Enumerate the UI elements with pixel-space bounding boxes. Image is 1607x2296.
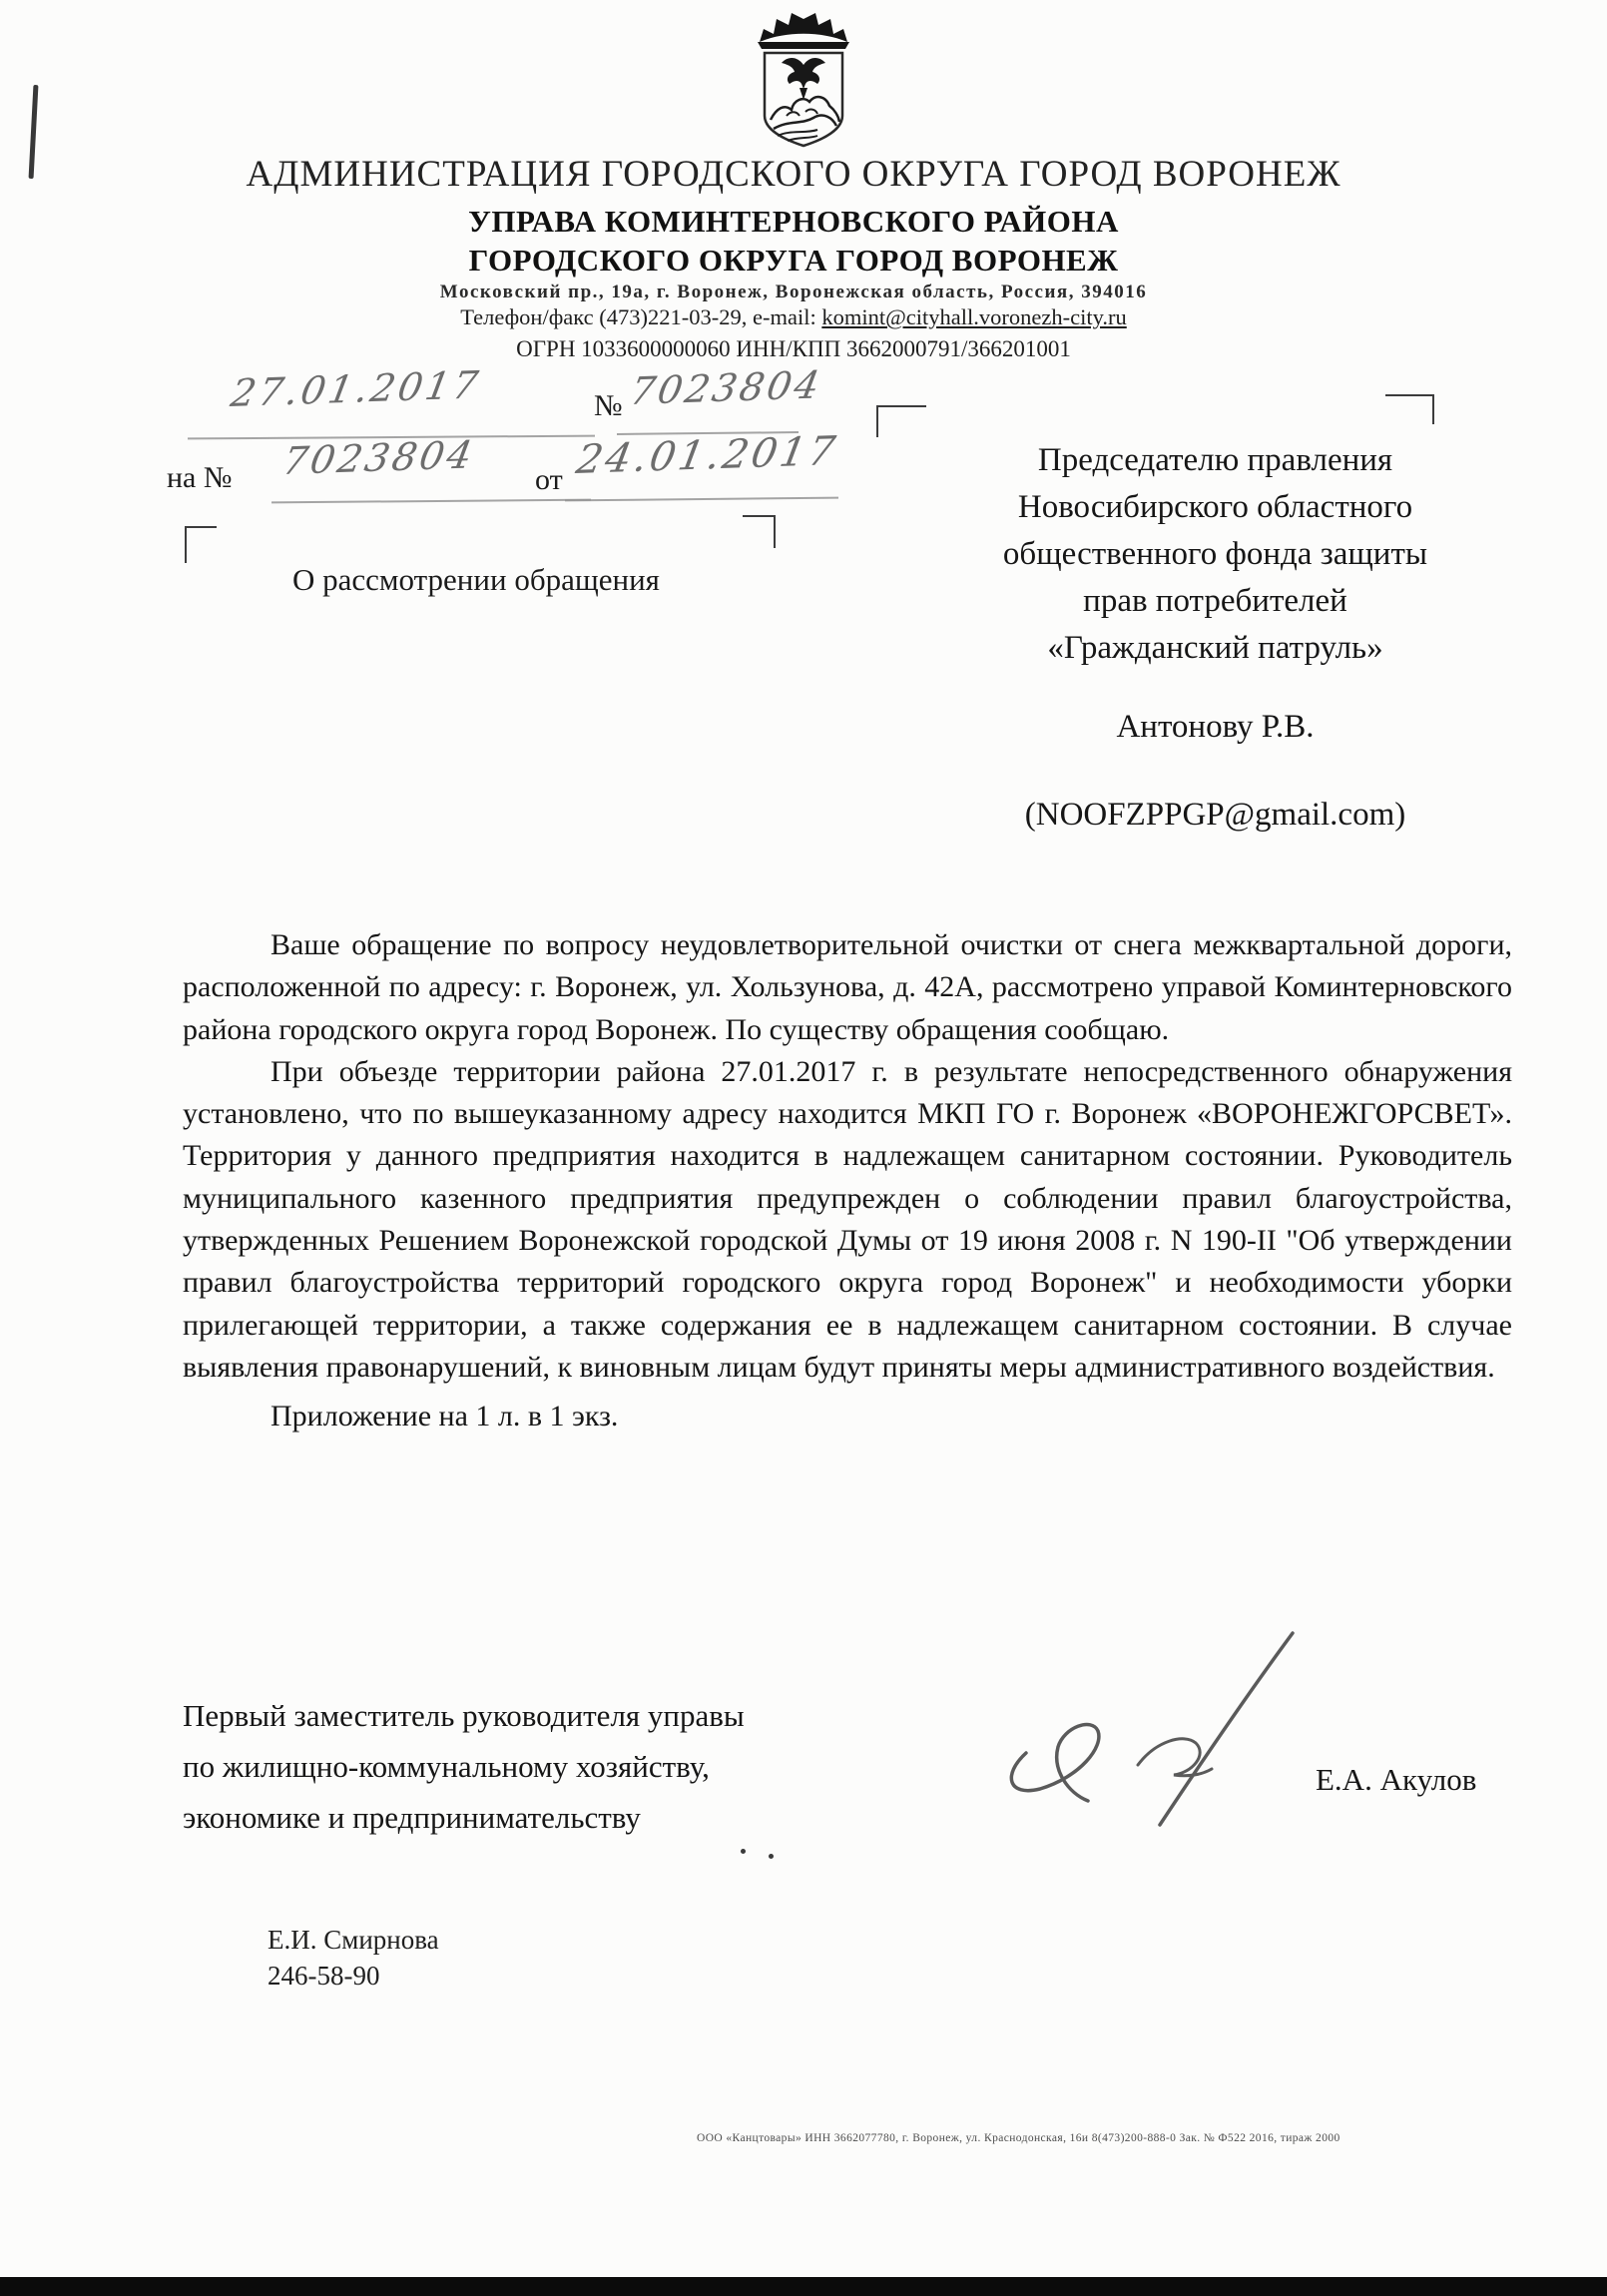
org-registration-numbers: ОГРН 1033600000060 ИНН/КПП 3662000791/36… xyxy=(90,336,1497,362)
stray-dot xyxy=(769,1854,774,1859)
body-paragraph: При объезде территории района 27.01.2017… xyxy=(183,1051,1512,1389)
org-email: komint@cityhall.voronezh-city.ru xyxy=(821,304,1126,329)
incoming-number-label: на № xyxy=(167,461,233,495)
org-name-line2: ГОРОДСКОГО ОКРУГА ГОРОД ВОРОНЕЖ xyxy=(90,243,1497,279)
signatory-position: Первый заместитель руководителя управы п… xyxy=(183,1690,1001,1843)
from-label: от xyxy=(535,463,563,497)
incoming-date-handwritten: 24.01.2017 xyxy=(573,428,841,483)
signatory-position-line: по жилищно-коммунальному хозяйству, xyxy=(183,1741,1001,1792)
number-sign: № xyxy=(594,389,623,423)
recipient-name: Антонову Р.В. xyxy=(963,709,1467,746)
subject-corner-top-left xyxy=(185,526,217,563)
coat-of-arms-icon xyxy=(744,8,863,150)
outgoing-date-handwritten: 27.01.2017 xyxy=(228,362,484,415)
recipient-corner-top-left xyxy=(876,405,926,437)
signatory-position-line: Первый заместитель руководителя управы xyxy=(183,1690,1001,1741)
subject-corner-top-right xyxy=(743,515,776,548)
org-name-line1: УПРАВА КОМИНТЕРНОВСКОГО РАЙОНА xyxy=(90,204,1497,240)
org-address: Московский пр., 19а, г. Воронеж, Воронеж… xyxy=(90,282,1497,303)
body-paragraph: Ваше обращение по вопросу неудовлетворит… xyxy=(183,924,1512,1051)
scanned-letter-page: АДМИНИСТРАЦИЯ ГОРОДСКОГО ОКРУГА ГОРОД ВО… xyxy=(0,0,1607,2296)
incoming-number-underline xyxy=(271,499,591,504)
recipient-line: Новосибирского областного xyxy=(963,484,1467,531)
signatory-position-line: экономике и предпринимательству xyxy=(183,1792,1001,1843)
recipient-corner-top-right xyxy=(1385,394,1434,424)
org-contacts: Телефон/факс (473)221-03-29, e-mail: kom… xyxy=(90,304,1497,330)
phone-fax-label: Телефон/факс (473)221-03-29, e-mail: xyxy=(460,304,821,329)
administration-title: АДМИНИСТРАЦИЯ ГОРОДСКОГО ОКРУГА ГОРОД ВО… xyxy=(90,153,1497,196)
recipient-line: прав потребителей xyxy=(963,578,1467,625)
outgoing-number-handwritten: 7023804 xyxy=(627,362,825,413)
executor-phone: 246-58-90 xyxy=(268,1958,687,1994)
signatory-name: Е.А. Акулов xyxy=(1316,1762,1575,1798)
signature-scribble xyxy=(988,1625,1318,1840)
executor-name: Е.И. Смирнова xyxy=(268,1922,687,1958)
scan-artifact-line xyxy=(29,85,39,179)
print-shop-footer: ООО «Канцтовары» ИНН 3662077780, г. Воро… xyxy=(697,2132,1355,2144)
incoming-number-handwritten: 7023804 xyxy=(279,432,478,483)
scan-edge-bar xyxy=(0,2277,1607,2296)
executor-block: Е.И. Смирнова 246-58-90 xyxy=(268,1922,687,1994)
letter-body: Ваше обращение по вопросу неудовлетворит… xyxy=(183,924,1512,1438)
recipient-line: «Гражданский патруль» xyxy=(963,625,1467,672)
recipient-line: общественного фонда защиты xyxy=(963,531,1467,578)
stray-dot xyxy=(741,1849,746,1854)
subject-line: О рассмотрении обращения xyxy=(292,562,762,598)
recipient-email: (NOOFZPPGP@gmail.com) xyxy=(963,797,1467,834)
recipient-line: Председателю правления xyxy=(963,437,1467,484)
incoming-date-underline xyxy=(565,497,838,502)
recipient-block: Председателю правления Новосибирского об… xyxy=(963,437,1467,672)
attachment-note: Приложение на 1 л. в 1 экз. xyxy=(183,1396,1512,1437)
